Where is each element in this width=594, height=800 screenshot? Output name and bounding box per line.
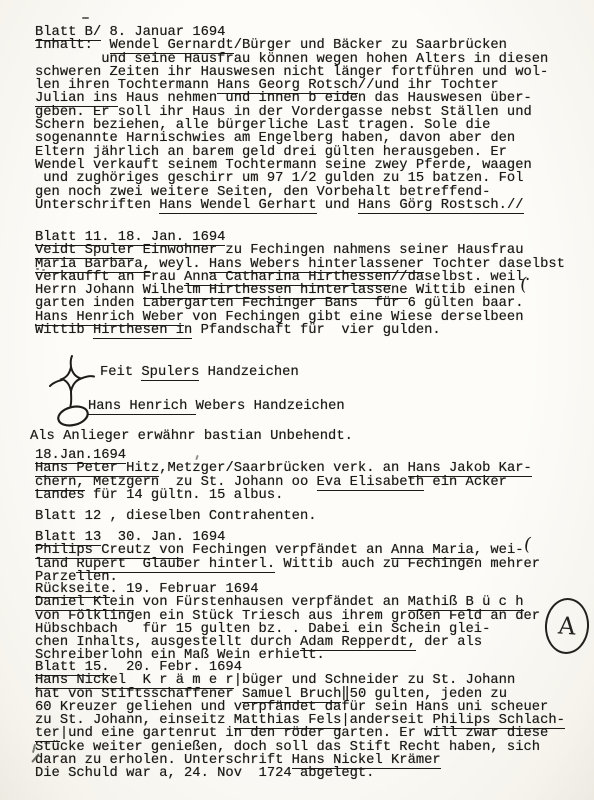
text-line: Als Anlieger erwähnr bastian Unbehendt. bbox=[30, 430, 353, 443]
entry-18-jan-1694-hitz: 18.Jan.1694Hans Peter Hitz,Metzger/Saarb… bbox=[35, 449, 532, 502]
circled-letter-a-mark: A bbox=[543, 597, 591, 656]
text-segment: Als Anlieger erwähnr bastian Unbehendt. bbox=[30, 429, 353, 444]
text-line: hat von Stiftsschaffener Samuel Bruch‖50… bbox=[35, 688, 565, 701]
circled-letter-text: A bbox=[557, 611, 576, 640]
scan-speck bbox=[36, 268, 39, 270]
oval-handzeichen-icon bbox=[54, 401, 94, 431]
underlined-text: Eva Elisabeth bbox=[317, 475, 425, 491]
text-segment: Handzeichen bbox=[199, 365, 298, 380]
text-line: und zughöriges geschirr um 97 1/2 gulden… bbox=[35, 172, 548, 185]
scanned-document-page: Blatt B/ 8. Januar 1694Inhalt: Wendel Ge… bbox=[0, 0, 594, 800]
text-line: Philips Creutz von Fechingen verpfändet … bbox=[35, 544, 540, 557]
text-segment: ein Acker bbox=[424, 475, 507, 490]
text-line: Veidt Spuler Einwohner zu Fechingen nahm… bbox=[35, 244, 565, 257]
text-line: Unterschriften Hans Wendel Gerhart und H… bbox=[35, 199, 548, 212]
text-segment: und bbox=[317, 198, 358, 213]
text-segment: der als bbox=[416, 635, 482, 650]
text-line: und seine Hausfrau können wegen hohen Al… bbox=[35, 53, 548, 66]
underlined-text: Hans Henrich bbox=[88, 399, 196, 415]
handzeichen-line-spuler: Feit Spulers Handzeichen bbox=[100, 366, 299, 379]
entry-blatt-13-30-jan-1694: Blatt 13 30. Jan. 1694Philips Creutz von… bbox=[35, 531, 540, 584]
handzeichen-line-weber: Hans Henrich Webers Handzeichen bbox=[88, 400, 345, 413]
scan-speck bbox=[82, 17, 89, 19]
text-line: Daniel Klein von Fürstenhausen verpfände… bbox=[35, 596, 540, 609]
text-segment: Webers Handzeichen bbox=[196, 399, 345, 414]
text-segment: Die Schuld war a, 24. Nov 1724 abgelegt. bbox=[35, 766, 374, 781]
text-segment: Wittib bbox=[35, 323, 93, 338]
text-line: ter|und eine gartenrut in den röder gart… bbox=[35, 727, 565, 740]
text-line: Hans Peter Hitz,Metzger/Saarbrücken verk… bbox=[35, 462, 532, 475]
text-segment: Wittib auch zu Fechingen mehrer bbox=[275, 557, 540, 572]
text-line: Blatt 12 , dieselben Contrahenten. bbox=[35, 510, 317, 523]
text-line: Julian ins Haus nehmen und innen b eiden… bbox=[35, 92, 548, 105]
scan-speck bbox=[42, 269, 45, 271]
text-line: chern, Metzgern zu St. Johann oo Eva Eli… bbox=[35, 476, 532, 489]
entry-blatt-8-januar-1694: Blatt B/ 8. Januar 1694Inhalt: Wendel Ge… bbox=[35, 26, 548, 212]
entry-rueckseite-19-feb-1694: Rückseite. 19. Februar 1694Daniel Klein … bbox=[35, 583, 540, 663]
text-line: garten inden Labergarten Fechinger Bans … bbox=[35, 297, 565, 310]
text-line: Wittib Hirthesen in Pfandschaft für vier… bbox=[35, 324, 565, 337]
text-line: Hans Nickel K r ä m e r|büger und Schnei… bbox=[35, 674, 565, 687]
entry-blatt-12: Blatt 12 , dieselben Contrahenten. bbox=[35, 510, 317, 523]
text-segment: Pfandschaft für vier gulden. bbox=[192, 323, 440, 338]
text-line: Maria Barbara, weyl. Hans Webers hinterl… bbox=[35, 258, 565, 271]
text-line: von Fölklingen ein Stück Triesch aus ihr… bbox=[35, 610, 540, 623]
text-line: gen noch zwei weitere Seiten, den Vorbeh… bbox=[35, 186, 548, 199]
underlined-text: Hans Görg Rostsch.// bbox=[358, 198, 524, 214]
anlieger-note: Als Anlieger erwähnr bastian Unbehendt. bbox=[30, 430, 353, 443]
text-segment: Blatt 12 , dieselben Contrahenten. bbox=[35, 509, 317, 524]
text-line: Feit Spulers Handzeichen bbox=[100, 366, 299, 379]
text-line: Landes für 14 gültn. 15 albus. bbox=[35, 489, 532, 502]
text-segment: Unterschriften bbox=[35, 198, 159, 213]
underlined-text: Hans Wendel Gerhart bbox=[159, 198, 316, 214]
text-line: Eltern jährlich an barem geld drei gülte… bbox=[35, 146, 548, 159]
text-segment: Landes für 14 gültn. 15 albus. bbox=[35, 488, 283, 503]
text-line: Inhalt: Wendel Gernardt/Bürger und Bäcke… bbox=[35, 39, 548, 52]
entry-blatt-11-18-jan-1694: Blatt 11. 18. Jan. 1694Veidt Spuler Einw… bbox=[35, 231, 565, 337]
underlined-text: Hirthesen in bbox=[93, 323, 192, 339]
text-segment: Feit bbox=[100, 365, 141, 380]
text-line: land Rupert Glauber hinterl. Wittib auch… bbox=[35, 558, 540, 571]
text-line: sogenannte Harnischwies am Engelberg hab… bbox=[35, 132, 548, 145]
text-line: Hans Henrich Webers Handzeichen bbox=[88, 400, 345, 413]
text-line: Die Schuld war a, 24. Nov 1724 abgelegt. bbox=[35, 767, 565, 780]
star-handzeichen-icon bbox=[48, 354, 96, 408]
entry-blatt-15-20-feb-1694: Blatt 15. 20. Febr. 1694Hans Nickel K r … bbox=[35, 661, 565, 781]
underlined-text: Spulers bbox=[141, 365, 199, 381]
